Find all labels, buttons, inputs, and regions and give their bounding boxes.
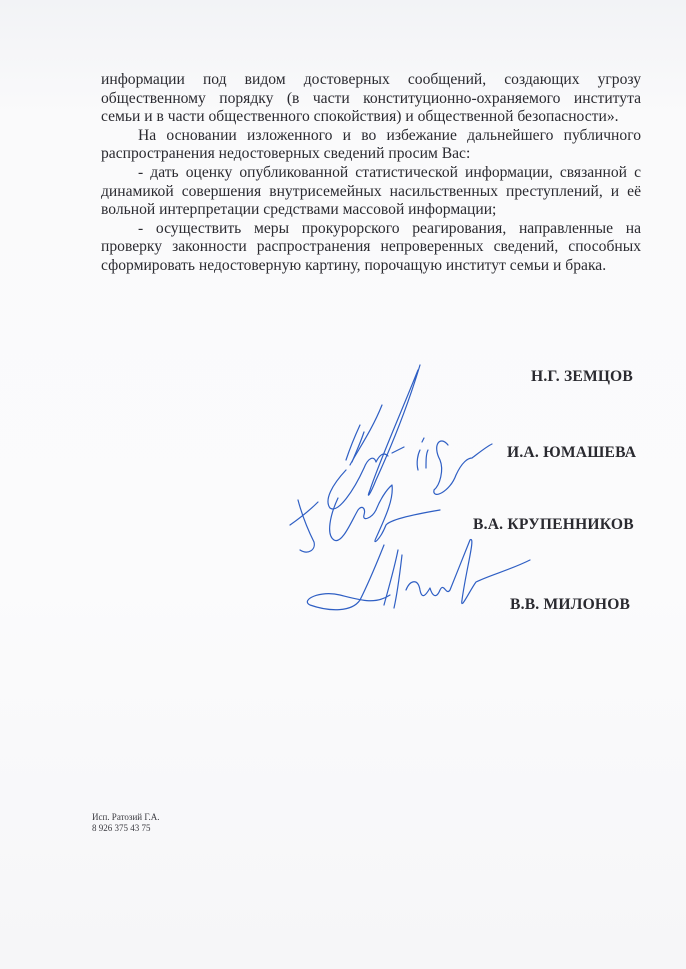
letter-body: информации под видом достоверных сообщен… <box>101 71 641 276</box>
body-line: - осуществить меры прокурорского реагиро… <box>101 220 641 239</box>
body-line: общественному порядку (в части конституц… <box>101 90 641 109</box>
body-line: вольной интерпретации средствами массово… <box>101 201 641 220</box>
executor-name: Исп. Ратозий Г.А. <box>92 812 160 823</box>
body-line: - дать оценку опубликованной статистичес… <box>101 164 641 183</box>
signer-name: Н.Г. ЗЕМЦОВ <box>531 368 633 386</box>
executor-footer: Исп. Ратозий Г.А. 8 926 375 43 75 <box>92 812 160 833</box>
body-line: сформировать недостоверную картину, поро… <box>101 257 641 276</box>
executor-phone: 8 926 375 43 75 <box>92 823 160 834</box>
body-line: информации под видом достоверных сообщен… <box>101 71 641 90</box>
signer-name: И.А. ЮМАШЕВА <box>507 444 636 462</box>
body-line: проверку законности распространения непр… <box>101 238 641 257</box>
handwritten-signatures <box>280 350 660 630</box>
body-line: семьи и в части общественного спокойстви… <box>101 108 641 127</box>
body-line: распространения недостоверных сведений п… <box>101 145 641 164</box>
body-line: На основании изложенного и во избежание … <box>101 127 641 146</box>
signer-name: В.В. МИЛОНОВ <box>510 596 630 614</box>
body-line: динамикой совершения внутрисемейных наси… <box>101 183 641 202</box>
signer-name: В.А. КРУПЕННИКОВ <box>473 516 634 534</box>
document-page: информации под видом достоверных сообщен… <box>0 0 686 969</box>
